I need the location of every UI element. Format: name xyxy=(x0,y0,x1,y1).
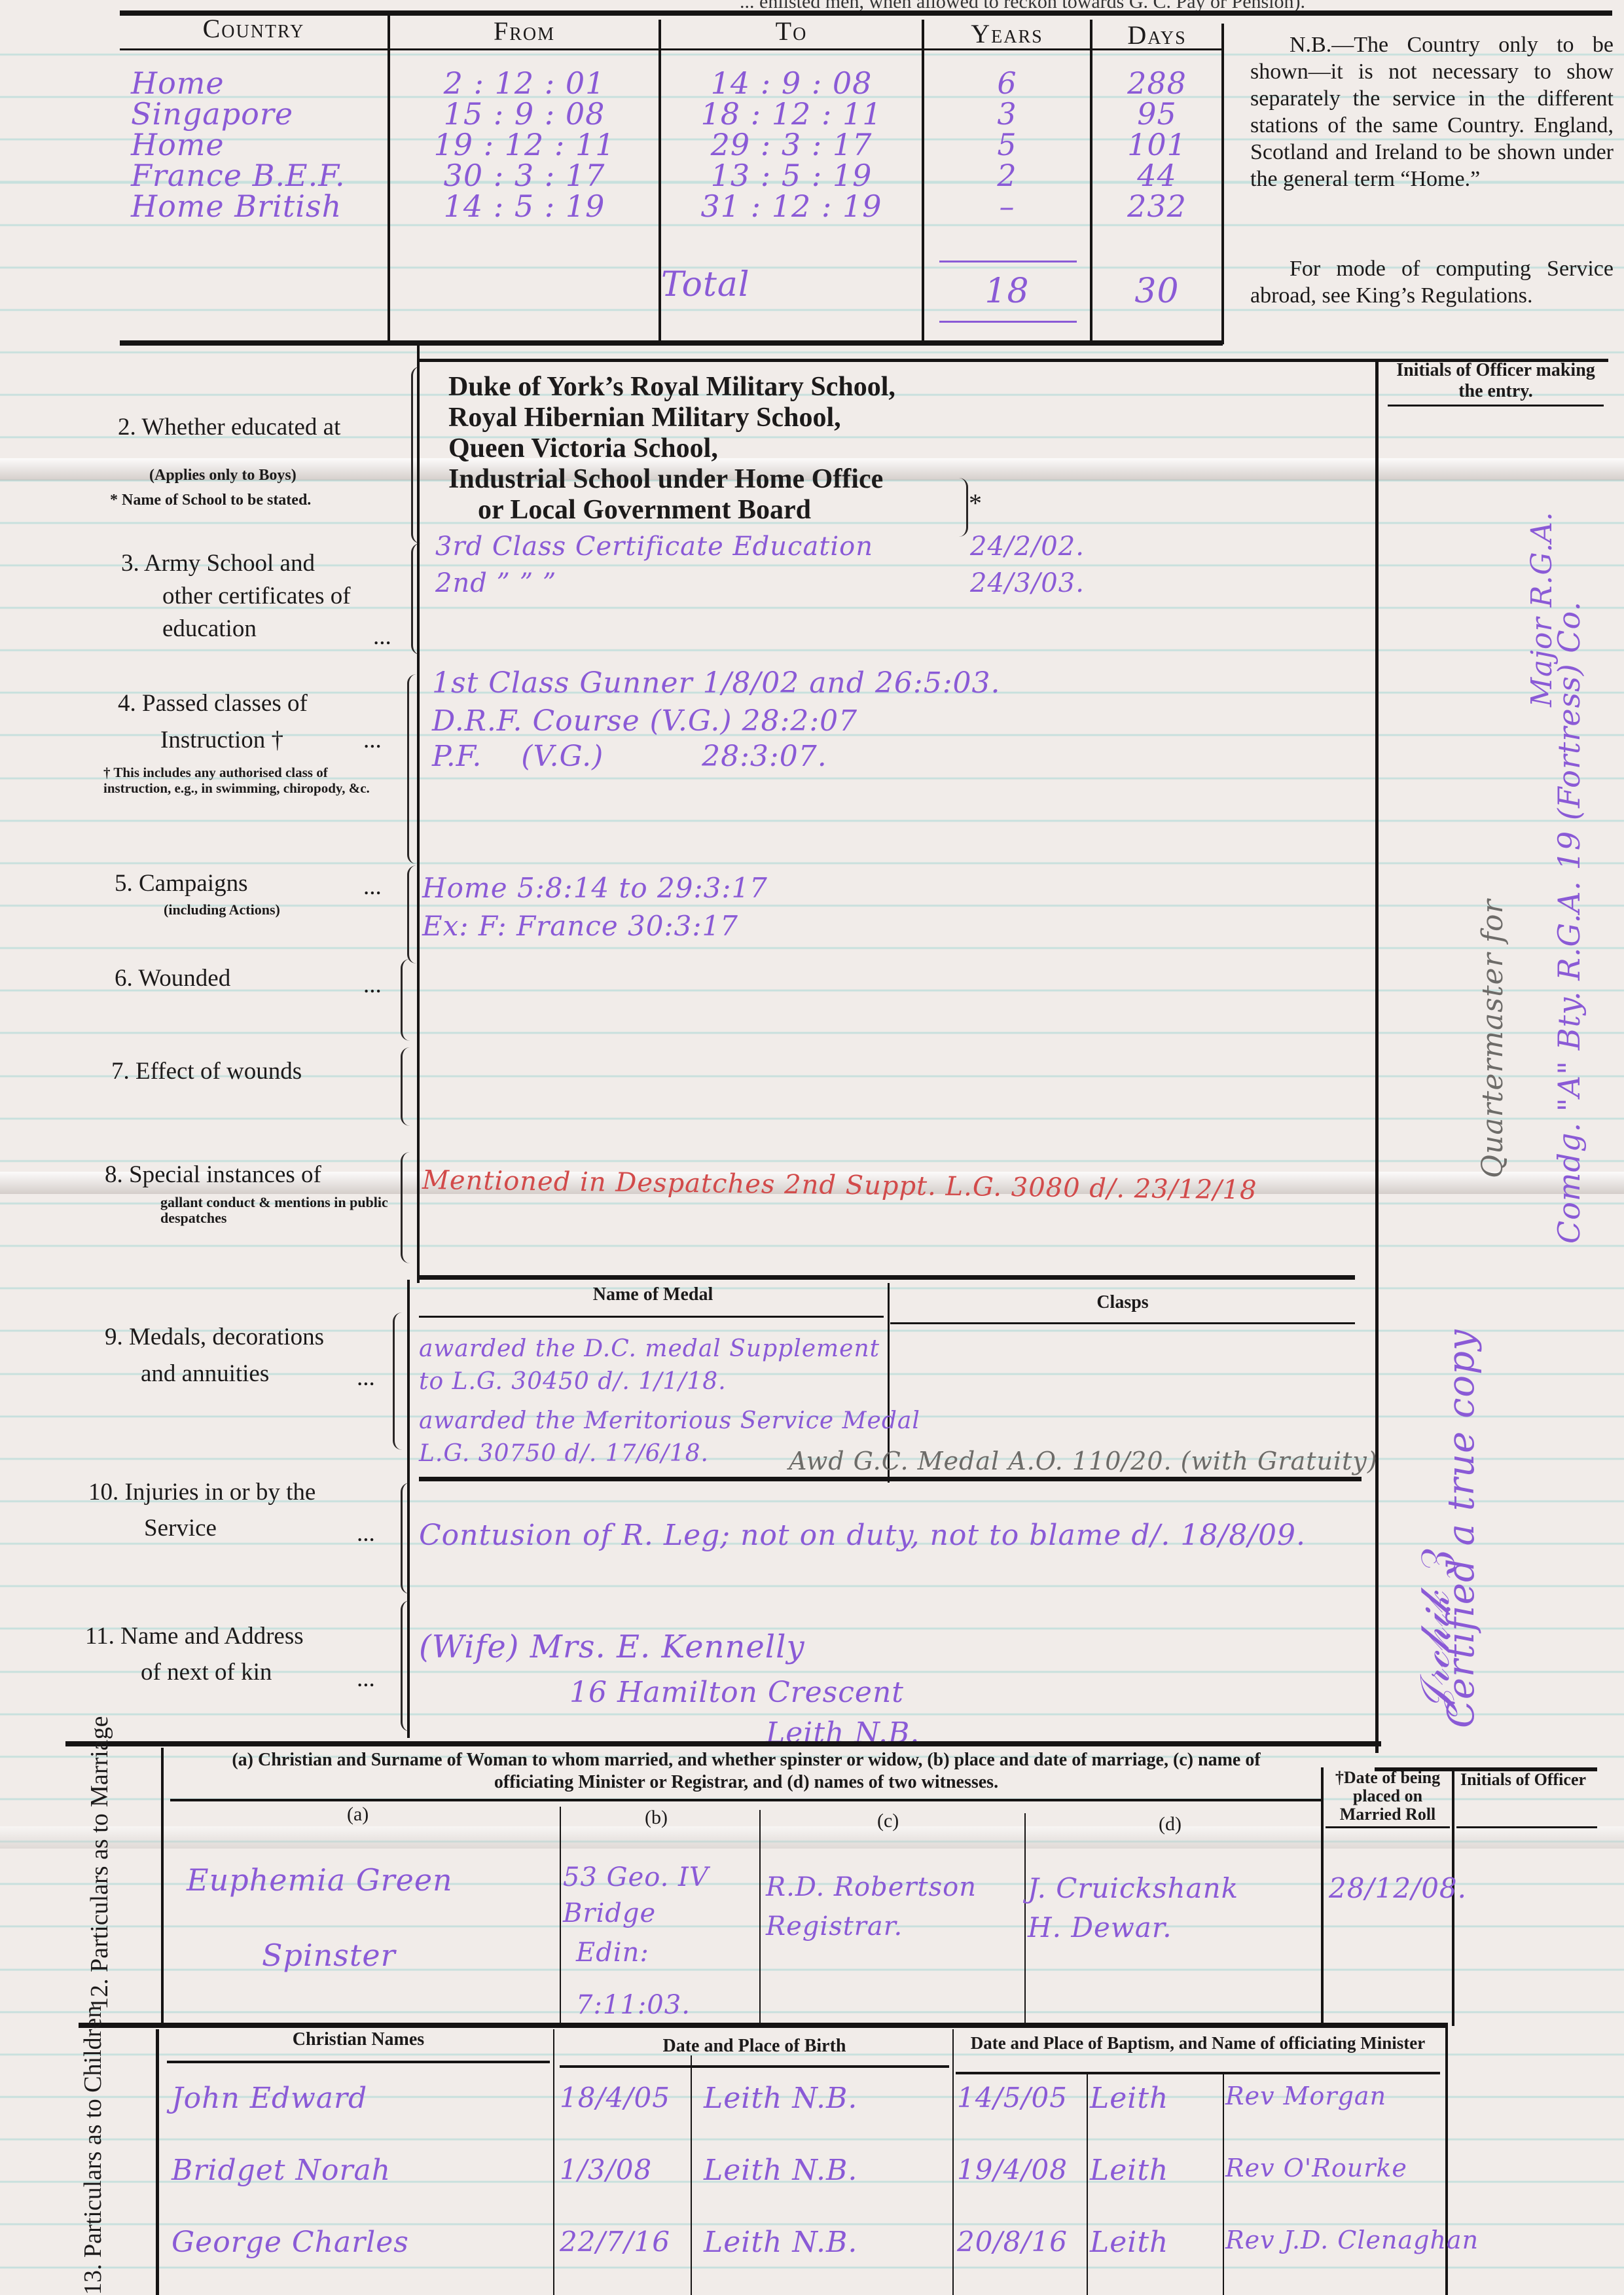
service-cell-to: 13 : 5 : 19 xyxy=(661,158,922,193)
next-of-kin-street: 16 Hamilton Crescent xyxy=(569,1676,904,1709)
marriage-section-label: 12. Particulars as to Marriage xyxy=(85,1748,114,2010)
marriage-place-1: 53 Geo. IV xyxy=(563,1862,709,1892)
instruction-entry-3: P.F. (V.G.) 28:3:07. xyxy=(432,740,827,773)
child-cell-birth-place: Leith N.B. xyxy=(704,2154,857,2187)
service-cell-years: 5 xyxy=(924,127,1090,162)
schools-list: Duke of York’s Royal Military School,Roy… xyxy=(448,372,895,526)
paper-fold-crease xyxy=(0,1826,1624,1849)
dots: ... xyxy=(357,1362,375,1394)
wife-status: Spinster xyxy=(262,1938,396,1973)
child-cell-birth-place: Leith N.B. xyxy=(704,2226,857,2259)
col-baptism-rule xyxy=(952,2029,954,2295)
pencil-gc-medal-entry: Awd G.C. Medal A.O. 110/20. (with Gratui… xyxy=(789,1447,1378,1475)
dots: ... xyxy=(357,1517,375,1550)
registrar-title: Registrar. xyxy=(766,1911,903,1942)
service-cell-to: 29 : 3 : 17 xyxy=(661,127,922,162)
service-cell-to: 14 : 9 : 08 xyxy=(661,65,922,101)
header-years: Years xyxy=(924,18,1090,49)
label-campaigns: 5. Campaigns xyxy=(115,867,247,900)
instruction-entry-2: D.R.F. Course (V.G.) 28:2:07 xyxy=(432,704,857,738)
child-cell-minister: Rev O'Rourke xyxy=(1225,2154,1407,2182)
child-cell-name: John Edward xyxy=(171,2082,367,2115)
children-left-rule xyxy=(156,2029,159,2295)
school-option: Royal Hibernian Military School, xyxy=(448,403,895,433)
col-clasps: Clasps xyxy=(890,1292,1355,1313)
total-days: 30 xyxy=(1092,272,1221,311)
computing-note: For mode of computing Service abroad, se… xyxy=(1250,255,1614,309)
col-c-label: (c) xyxy=(877,1810,899,1832)
children-section-label: 13. Particulars as to Children xyxy=(79,2033,107,2295)
baptism-header-rule xyxy=(956,2072,1440,2074)
service-cell-from: 15 : 9 : 08 xyxy=(390,96,659,132)
instruction-footnote: † This includes any authorised class of … xyxy=(103,765,391,796)
table-bottom-rule xyxy=(120,340,1223,346)
label-service: Service xyxy=(144,1512,217,1545)
dots: ... xyxy=(363,969,382,1002)
child-cell-name: Bridget Norah xyxy=(171,2154,391,2187)
service-cell-days: 232 xyxy=(1092,189,1221,224)
child-cell-birth-place: Leith N.B. xyxy=(704,2082,857,2115)
label-army-school-3: education xyxy=(162,613,257,645)
service-cell-days: 95 xyxy=(1092,96,1221,132)
sublabel-gallant: gallant conduct & mentions in public des… xyxy=(160,1195,396,1226)
service-cell-to: 18 : 12 : 11 xyxy=(661,96,922,132)
birth-header-rule xyxy=(560,2065,949,2068)
service-cell-years: – xyxy=(924,189,1090,224)
campaign-entry-2: Ex: F: France 30:3:17 xyxy=(422,910,738,942)
col-d-label: (d) xyxy=(1159,1813,1182,1835)
medal-header-rule xyxy=(419,1316,884,1318)
dots: ... xyxy=(373,621,391,653)
service-cell-years: 2 xyxy=(924,158,1090,193)
marriage-top-rule xyxy=(65,1741,1381,1746)
col-a-label: (a) xyxy=(347,1803,369,1826)
child-cell-bapt-date: 20/8/16 xyxy=(957,2226,1068,2258)
initials-col-rule xyxy=(1375,359,1379,1753)
total-underline xyxy=(939,261,1077,262)
col-b-rule xyxy=(560,1807,561,2023)
col-birth-rule xyxy=(553,2029,554,2295)
label-passed-classes: 4. Passed classes of xyxy=(118,687,308,720)
label-wounded: 6. Wounded xyxy=(115,962,230,995)
school-option: Duke of York’s Royal Military School, xyxy=(448,372,895,403)
service-cell-days: 288 xyxy=(1092,65,1221,101)
witness-2: H. Dewar. xyxy=(1028,1911,1172,1943)
officer-command: Comdg. "A" Bty. R.G.A. 19 (Fortress) Co. xyxy=(1551,601,1587,1244)
brace xyxy=(411,367,422,543)
service-cell-country: France B.E.F. xyxy=(131,158,386,193)
col-d-rule xyxy=(1024,1813,1026,2023)
col-married-roll: †Date of being placed on Married Roll xyxy=(1324,1769,1452,1824)
service-cell-country: Home xyxy=(131,127,386,162)
brace xyxy=(393,1312,404,1450)
sublabel-applies-boys: (Applies only to Boys) xyxy=(149,466,297,484)
service-cell-years: 6 xyxy=(924,65,1090,101)
medal-entry-1: awarded the D.C. medal Supplement xyxy=(419,1335,880,1362)
clasps-header-rule xyxy=(890,1322,1355,1324)
medal-entry-2: to L.G. 30450 d/. 1/1/18. xyxy=(419,1368,727,1395)
injury-entry: Contusion of R. Leg; not on duty, not to… xyxy=(419,1519,1306,1552)
label-injuries: 10. Injuries in or by the xyxy=(88,1476,316,1509)
cert-entry-1: 3rd Class Certificate Education xyxy=(435,532,873,562)
instruction-entry-1: 1st Class Gunner 1/8/02 and 26:5:03. xyxy=(432,666,1001,700)
label-effect-wounds: 7. Effect of wounds xyxy=(111,1055,302,1088)
brace xyxy=(401,1600,412,1731)
asterisk: * xyxy=(969,488,982,518)
school-option: or Local Government Board xyxy=(448,495,895,526)
service-cell-years: 3 xyxy=(924,96,1090,132)
col-c-rule xyxy=(759,1810,761,2023)
child-cell-bapt-place: Leith xyxy=(1090,2226,1168,2259)
col-baptism: Date and Place of Baptism, and Name of o… xyxy=(962,2033,1434,2053)
service-cell-from: 30 : 3 : 17 xyxy=(390,158,659,193)
medal-entry-4: L.G. 30750 d/. 17/6/18. xyxy=(419,1440,709,1467)
child-cell-minister: Rev J.D. Clenaghan xyxy=(1225,2226,1479,2254)
label-medals: 9. Medals, decorations xyxy=(105,1321,324,1354)
col-divider xyxy=(1221,24,1224,344)
cert-entry-2: 2nd ” ” ” xyxy=(435,568,556,598)
child-cell-bapt-place: Leith xyxy=(1090,2154,1168,2187)
school-option: Queen Victoria School, xyxy=(448,433,895,464)
child-cell-bapt-date: 19/4/08 xyxy=(957,2154,1068,2186)
service-cell-days: 101 xyxy=(1092,127,1221,162)
col-b-label: (b) xyxy=(645,1807,668,1829)
school-option: Industrial School under Home Office xyxy=(448,464,895,495)
initials-header-rule xyxy=(1388,405,1604,407)
child-cell-birth-date: 1/3/08 xyxy=(560,2154,652,2186)
signature-mark: 𝒥𝓇𝒸𝒽𝒾𝓀 ℨ xyxy=(1411,1551,1459,1715)
header-to: To xyxy=(661,16,922,46)
header-from: From xyxy=(390,16,659,46)
brace xyxy=(401,959,412,1041)
label-special-instances: 8. Special instances of xyxy=(105,1159,321,1191)
brace xyxy=(401,1483,412,1594)
registrar-name: R.D. Robertson xyxy=(766,1872,977,1902)
roll-header-rule xyxy=(1326,1826,1450,1828)
col-minister-rule xyxy=(1223,2072,1224,2295)
col-initials-officer: Initials of Officer xyxy=(1454,1771,1592,1789)
col-birthplace-rule xyxy=(691,2055,692,2295)
child-cell-name: George Charles xyxy=(171,2226,409,2259)
service-cell-country: Singapore xyxy=(131,96,386,132)
child-cell-birth-date: 22/7/16 xyxy=(560,2226,670,2258)
names-header-rule xyxy=(167,2061,550,2063)
wife-name: Euphemia Green xyxy=(187,1862,453,1898)
children-top-rule xyxy=(79,2023,1447,2028)
marriage-header-text: (a) Christian and Surname of Woman to wh… xyxy=(196,1749,1296,1794)
medal-table-top xyxy=(419,1275,1355,1280)
child-cell-minister: Rev Morgan xyxy=(1225,2082,1386,2110)
dots: ... xyxy=(363,724,382,757)
service-cell-days: 44 xyxy=(1092,158,1221,193)
service-cell-from: 19 : 12 : 11 xyxy=(390,127,659,162)
service-cell-from: 2 : 12 : 01 xyxy=(390,65,659,101)
marriage-place-3: Edin: xyxy=(576,1938,649,1968)
sublabel-school-stated: * Name of School to be stated. xyxy=(110,491,311,509)
child-cell-bapt-date: 14/5/05 xyxy=(957,2082,1068,2114)
marriage-left-rule xyxy=(161,1748,164,2023)
medal-table-bottom xyxy=(419,1477,1362,1481)
marriage-date: 7:11:03. xyxy=(576,1990,691,2020)
cert-date-1: 24/2/02. xyxy=(970,532,1085,562)
nb-note: N.B.—The Country only to be shown—it is … xyxy=(1250,31,1614,192)
header-days: Days xyxy=(1092,20,1221,50)
brace xyxy=(401,1152,412,1263)
initials-header: Initials of Officer making the entry. xyxy=(1388,360,1604,402)
col-baptplace-rule xyxy=(1087,2072,1088,2295)
label-of-next-of-kin: of next of kin xyxy=(141,1656,272,1689)
dots: ... xyxy=(363,871,382,903)
child-cell-bapt-place: Leith xyxy=(1090,2082,1168,2115)
dots: ... xyxy=(357,1663,375,1695)
service-cell-to: 31 : 12 : 19 xyxy=(661,189,922,224)
cert-date-2: 24/3/03. xyxy=(970,568,1085,598)
marriage-place-2: Bridge xyxy=(563,1898,656,1928)
brace xyxy=(401,1047,412,1126)
col-christian-names: Christian Names xyxy=(167,2029,550,2050)
service-cell-country: Home British xyxy=(131,189,386,224)
label-annuities: and annuities xyxy=(141,1358,269,1390)
brace xyxy=(407,674,418,864)
initials-header-rule xyxy=(1456,1826,1597,1828)
witness-1: J. Cruickshank xyxy=(1028,1872,1238,1904)
pencil-quartermaster: Quartermaster for xyxy=(1476,899,1509,1178)
campaign-entry-1: Home 5:8:14 to 29:3:17 xyxy=(422,872,768,904)
total-label: Total xyxy=(661,265,749,304)
label-army-school-2: other certificates of xyxy=(162,580,351,613)
sublabel-actions: (including Actions) xyxy=(164,901,280,919)
married-roll-date: 28/12/08. xyxy=(1329,1872,1467,1904)
brace xyxy=(407,865,418,964)
label-instruction: Instruction † xyxy=(160,724,283,757)
service-cell-from: 14 : 5 : 19 xyxy=(390,189,659,224)
total-years: 18 xyxy=(924,272,1090,311)
total-underline xyxy=(939,321,1077,323)
marriage-header-rule xyxy=(170,1799,1322,1801)
brace xyxy=(957,478,968,537)
service-cell-country: Home xyxy=(131,65,386,101)
col-name-of-medal: Name of Medal xyxy=(419,1284,887,1305)
label-educated-at: 2. Whether educated at xyxy=(118,411,340,444)
brace xyxy=(411,543,422,655)
label-army-school: 3. Army School and xyxy=(121,547,315,580)
child-cell-birth-date: 18/4/05 xyxy=(560,2082,670,2114)
label-next-of-kin: 11. Name and Address xyxy=(85,1620,304,1653)
next-of-kin-name: (Wife) Mrs. E. Kennelly xyxy=(419,1629,805,1665)
col-birth: Date and Place of Birth xyxy=(560,2036,949,2057)
medal-entry-3: awarded the Meritorious Service Medal xyxy=(419,1407,920,1434)
header-country: Country xyxy=(121,13,386,44)
